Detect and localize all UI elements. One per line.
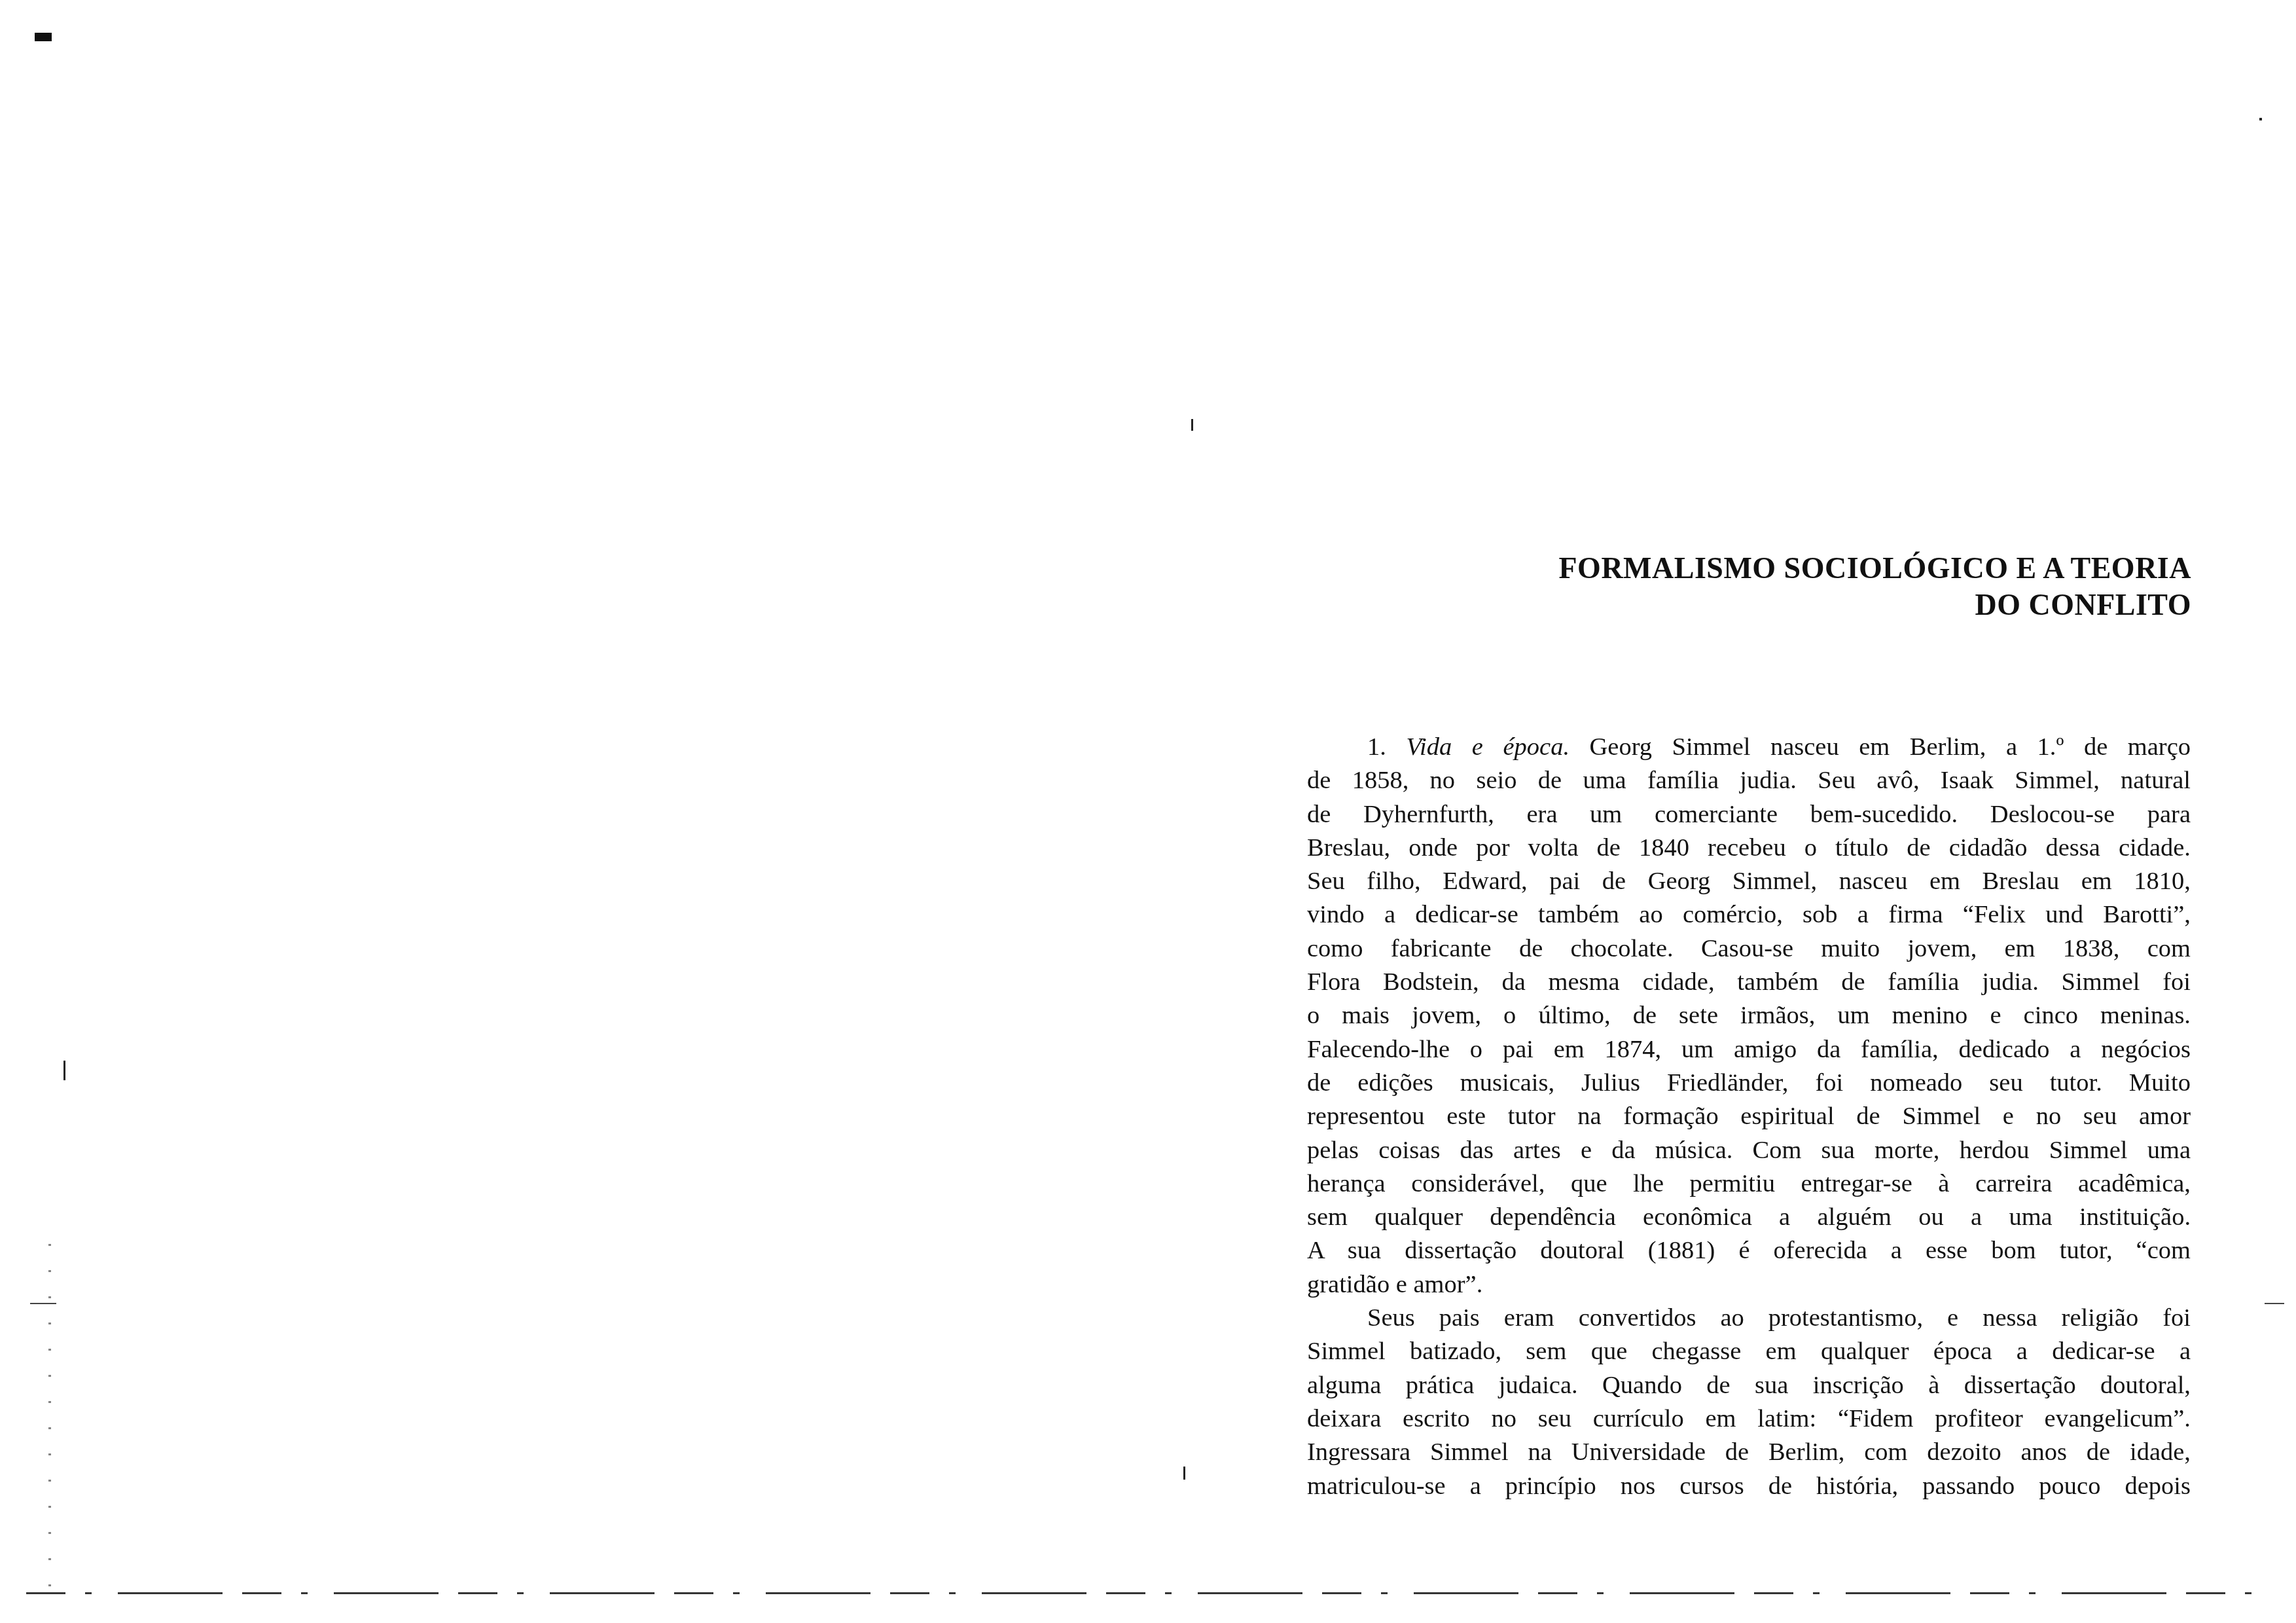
chapter-title: FORMALISMO SOCIOLÓGICO E A TEORIA DO CON…	[1440, 550, 2191, 623]
text-line: representou este tutor na formação espir…	[1307, 1100, 2191, 1133]
scan-artifact-mark	[35, 33, 52, 41]
scan-speck	[1191, 419, 1193, 431]
text-line: matriculou-se a princípio nos cursos de …	[1307, 1470, 2191, 1503]
scan-artifact-left-rule	[30, 1303, 56, 1304]
paragraph-2: Seus pais eram convertidos ao protestant…	[1307, 1302, 2191, 1503]
text-line: o mais jovem, o último, de sete irmãos, …	[1307, 999, 2191, 1032]
text-line: A sua dissertação doutoral (1881) é ofer…	[1307, 1234, 2191, 1267]
text-line: de Dyhernfurth, era um comerciante bem-s…	[1307, 798, 2191, 831]
text-line: de 1858, no seio de uma família judia. S…	[1307, 764, 2191, 797]
body-text: 1. Vida e época. Georg Simmel nasceu em …	[1307, 731, 2191, 1503]
scan-speck	[2259, 118, 2262, 120]
text-line: vindo a dedicar-se também ao comércio, s…	[1307, 898, 2191, 932]
text-line: 1. Vida e época. Georg Simmel nasceu em …	[1307, 731, 2191, 764]
section-number: 1.	[1367, 733, 1386, 761]
text-line: sem qualquer dependência econômica a alg…	[1307, 1201, 2191, 1234]
text-line: Seu filho, Edward, pai de Georg Simmel, …	[1307, 865, 2191, 898]
scan-artifact-left-tick	[63, 1061, 65, 1080]
scan-artifact-gutter-ticks	[48, 1244, 51, 1611]
scan-artifact-bottom-dashed-rule	[26, 1592, 2278, 1594]
scanned-book-spread: FORMALISMO SOCIOLÓGICO E A TEORIA DO CON…	[0, 0, 2296, 1623]
text-line: deixara escrito no seu currículo em lati…	[1307, 1402, 2191, 1436]
text-line: gratidão e amor”.	[1307, 1268, 2191, 1302]
text-line: alguma prática judaica. Quando de sua in…	[1307, 1369, 2191, 1402]
text-line-content: Georg Simmel nasceu em Berlim, a 1.º de …	[1570, 733, 2191, 761]
chapter-title-line-1: FORMALISMO SOCIOLÓGICO E A TEORIA	[1440, 550, 2191, 587]
text-line: Simmel batizado, sem que chegasse em qua…	[1307, 1335, 2191, 1368]
text-line: pelas coisas das artes e da música. Com …	[1307, 1134, 2191, 1167]
text-line: Falecendo-lhe o pai em 1874, um amigo da…	[1307, 1033, 2191, 1067]
text-line: Ingressara Simmel na Universidade de Ber…	[1307, 1436, 2191, 1469]
text-line: herança considerável, que lhe permitiu e…	[1307, 1167, 2191, 1201]
text-line: Breslau, onde por volta de 1840 recebeu …	[1307, 831, 2191, 865]
text-line: Flora Bodstein, da mesma cidade, também …	[1307, 966, 2191, 999]
text-line: como fabricante de chocolate. Casou-se m…	[1307, 932, 2191, 966]
text-line: de edições musicais, Julius Friedländer,…	[1307, 1067, 2191, 1100]
paragraph-1: 1. Vida e época. Georg Simmel nasceu em …	[1307, 731, 2191, 1302]
text-line: Seus pais eram convertidos ao protestant…	[1307, 1302, 2191, 1335]
section-heading: Vida e época.	[1406, 733, 1570, 761]
chapter-title-line-2: DO CONFLITO	[1440, 587, 2191, 623]
scan-speck	[1183, 1467, 1185, 1480]
scan-artifact-right-rule	[2265, 1303, 2284, 1304]
